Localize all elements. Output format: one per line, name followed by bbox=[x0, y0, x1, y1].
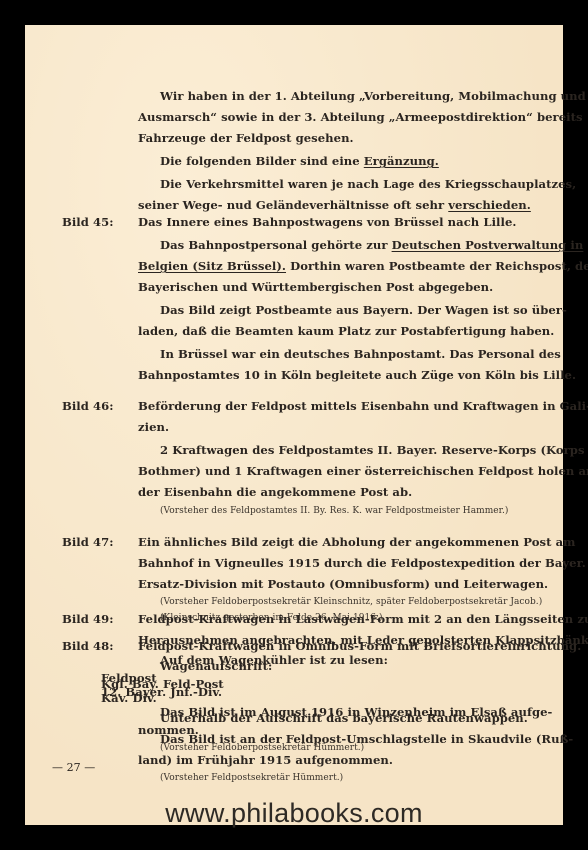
bild-49-line3: Auf dem Wagenkühler ist zu lesen: bbox=[160, 651, 388, 671]
bild-49-inscription2: 12. Bayer. Jnf.-Div. bbox=[101, 683, 537, 703]
page-number: — 27 — bbox=[52, 758, 488, 778]
bild-49-line1: Feldpost-Kraftwagen in Lastwagen-Form mi… bbox=[138, 610, 588, 630]
bild-49-line5: nommen. bbox=[138, 721, 199, 741]
bild-49-note: (Vorsteher Feldoberpostsekretär Hümmert.… bbox=[160, 739, 364, 759]
bild-49-label: Bild 49: bbox=[62, 610, 114, 630]
document-page-lower: Bild 49: Feldpost-Kraftwagen in Lastwage… bbox=[25, 25, 563, 825]
bild-49-line2: Herausnehmen angebrachten, mit Leder gep… bbox=[138, 631, 588, 651]
bild-49-line4: Das Bild ist im August 1916 in Winzenhei… bbox=[160, 703, 552, 723]
watermark-url: www.philabooks.com bbox=[25, 798, 563, 829]
